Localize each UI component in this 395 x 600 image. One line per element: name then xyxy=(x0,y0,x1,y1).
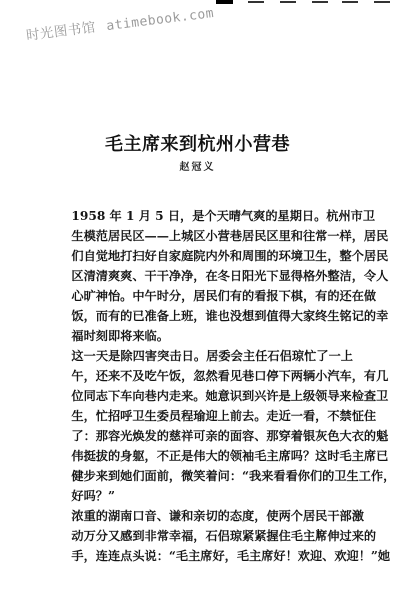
edge-mark xyxy=(280,1,296,3)
article-title: 毛主席来到杭州小营巷 xyxy=(0,130,395,156)
edge-mark xyxy=(312,1,328,3)
scan-edge-marks xyxy=(214,0,395,6)
article-body: 1958 年 1 月 5 日，是个天晴气爽的星期日。杭州市卫 生模范居民区——上… xyxy=(47,206,353,566)
watermark-url: atimebook.com xyxy=(106,6,215,34)
text-line: 心旷神怡。中午时分，居民们有的看报下棋，有的还在做 xyxy=(47,286,353,306)
text-line: 伟挺拔的身躯，不正是伟大的领袖毛主席吗？这时毛主席已 xyxy=(47,446,353,466)
paragraph: 这一天是除四害突击日。居委会主任石侣琼忙了一上 午，还来不及吃午饭，忽然看见巷口… xyxy=(47,346,353,506)
text-line: 了：那容光焕发的慈祥可亲的面容、那穿着银灰色大衣的魁 xyxy=(47,426,353,446)
edge-mark xyxy=(374,1,390,3)
paragraph: 1958 年 1 月 5 日，是个天晴气爽的星期日。杭州市卫 生模范居民区——上… xyxy=(47,206,353,346)
text-line: 福时刻即将来临。 xyxy=(47,326,353,346)
edge-mark xyxy=(248,1,264,3)
text-line: 手，连连点头说：“毛主席好，毛主席好！欢迎、欢迎！”她 xyxy=(47,546,353,566)
text-line: 们自觉地打扫好自家庭院内外和周围的环境卫生，整个居民 xyxy=(47,246,353,266)
text-line: 饭，而有的已准备上班，谁也没想到值得大家终生铭记的幸 xyxy=(47,306,353,326)
text-line: 浓重的湖南口音、谦和亲切的态度，使两个居民干部激 xyxy=(47,506,353,526)
page-number: · 1 · xyxy=(303,527,336,541)
text-line: 生，忙招呼卫生委员程瑜迎上前去。走近一看，不禁怔住 xyxy=(47,406,353,426)
text-line: 健步来到她们面前，微笑着问：“我来看看你们的卫生工作， xyxy=(47,466,353,486)
text-line: 这一天是除四害突击日。居委会主任石侣琼忙了一上 xyxy=(47,346,353,366)
edge-mark xyxy=(342,1,358,3)
text-line: 生模范居民区——上城区小营巷居民区里和往常一样，居民 xyxy=(47,226,353,246)
text-line: 位同志下车向巷内走来。她意识到兴许是上级领导来检查卫 xyxy=(47,386,353,406)
text-line: 区清清爽爽、干干净净，在冬日阳光下显得格外整洁，令人 xyxy=(47,266,353,286)
text-line: 1958 年 1 月 5 日，是个天晴气爽的星期日。杭州市卫 xyxy=(47,206,353,226)
watermark: 时光图书馆 atimebook.com xyxy=(25,1,215,44)
edge-mark xyxy=(216,0,233,4)
text-line: 好吗？” xyxy=(47,486,353,506)
text-line: 午，还来不及吃午饭，忽然看见巷口停下两辆小汽车，有几 xyxy=(47,366,353,386)
watermark-chinese: 时光图书馆 xyxy=(25,20,96,44)
article-author: 赵冠义 xyxy=(0,158,395,173)
